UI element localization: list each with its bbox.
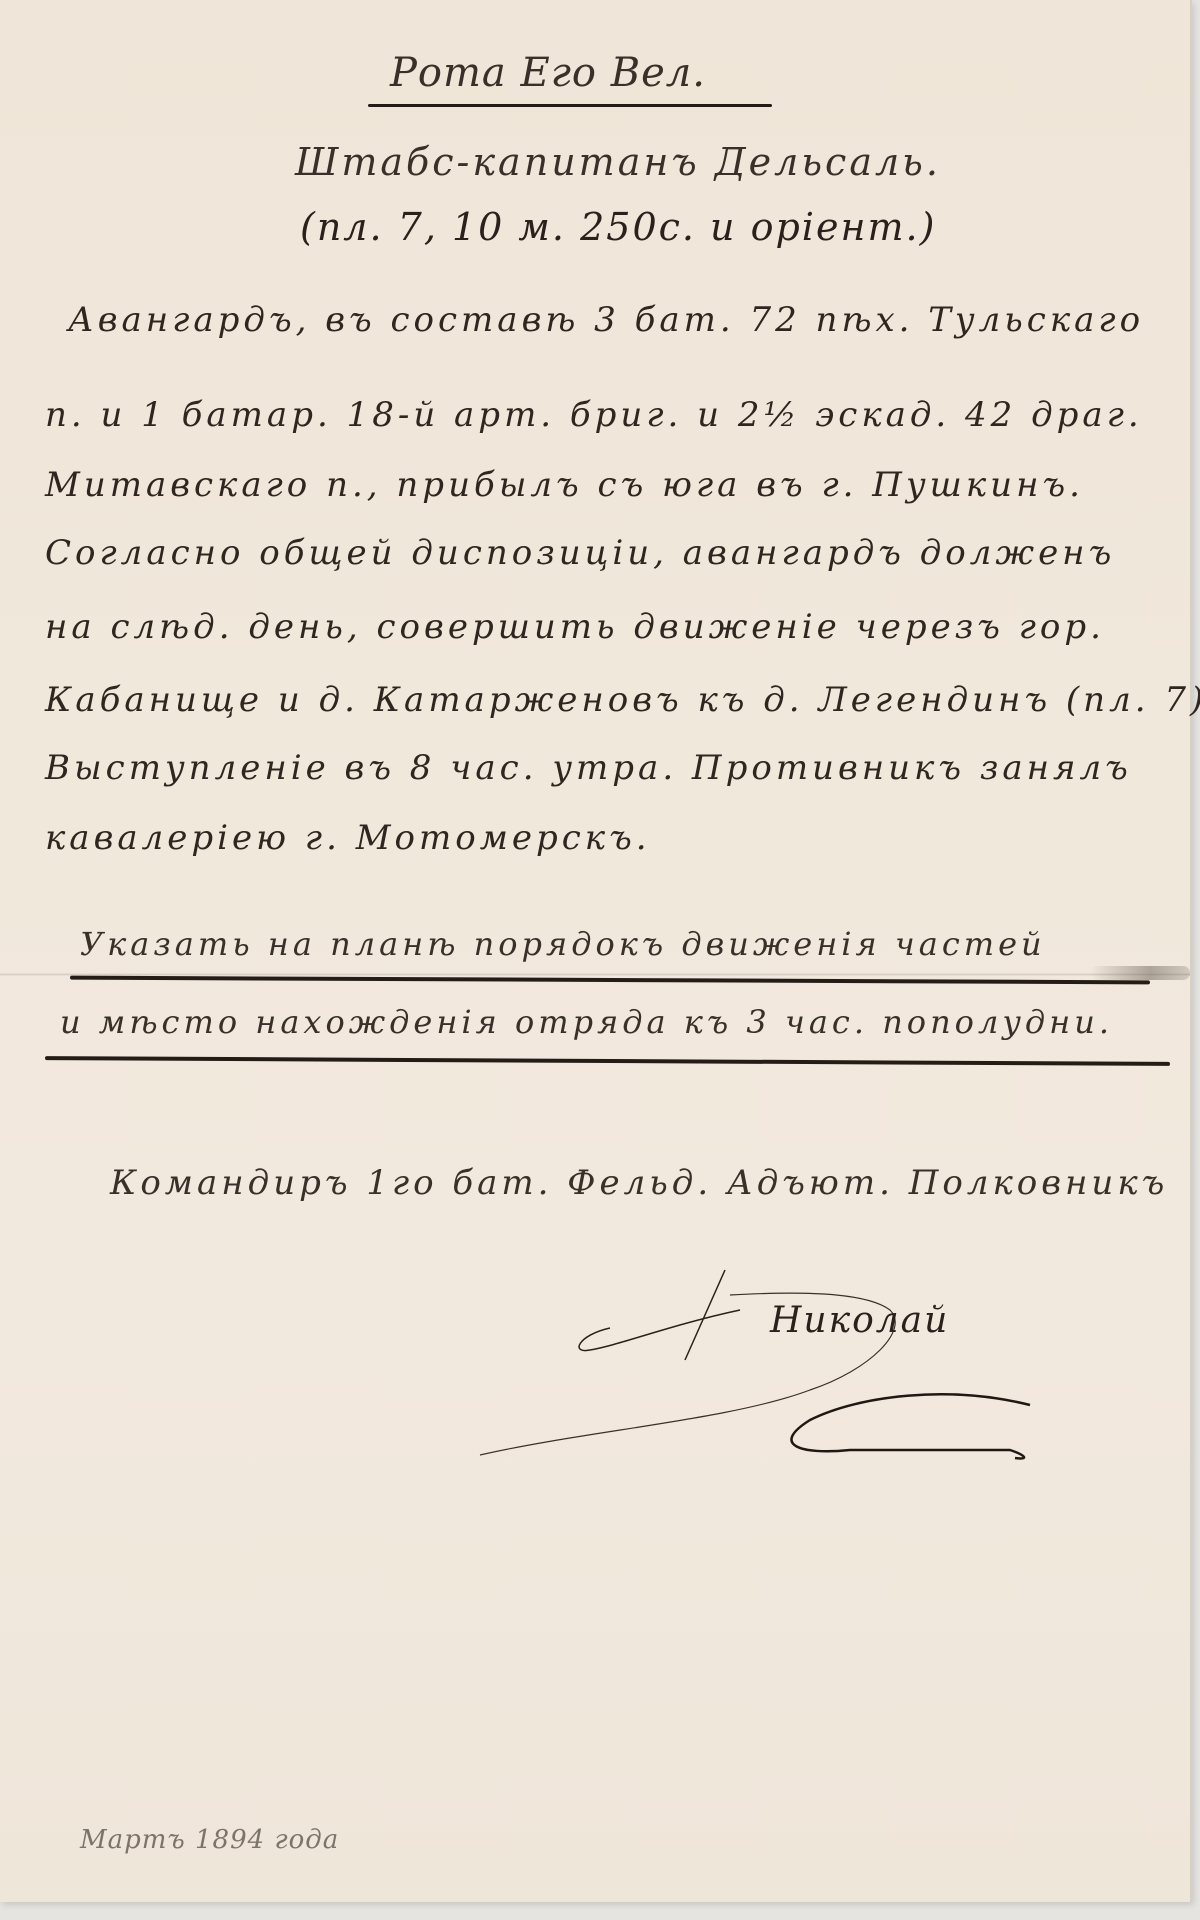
pencil-date-note: Мартъ 1894 года xyxy=(80,1825,339,1855)
body-line: п. и 1 батар. 18-й арт. бриг. и 2½ эскад… xyxy=(45,395,1143,435)
header-underline xyxy=(368,104,772,107)
document-page: Рота Его Вел. Штабс-капитанъ Дельсаль. (… xyxy=(0,0,1192,1902)
body-line: Кабанище и д. Катарженовъ къ д. Легендин… xyxy=(45,680,1200,720)
ink-smudge xyxy=(1090,966,1190,980)
commander-title: Командиръ 1го бат. Фельд. Адъют. Полковн… xyxy=(110,1163,1168,1203)
body-line: Митавскаго п., прибылъ съ юга въ г. Пушк… xyxy=(45,465,1084,505)
body-line: Авангардъ, въ составѣ 3 бат. 72 пѣх. Тул… xyxy=(68,300,1144,340)
instruction-underline xyxy=(70,976,1150,985)
signature-flourish-icon xyxy=(470,1250,1090,1480)
instruction-line: и мѣсто нахожденія отряда къ 3 час. попо… xyxy=(60,1003,1113,1041)
signature: Николай xyxy=(770,1300,949,1341)
body-line: на слѣд. день, совершить движеніе черезъ… xyxy=(45,607,1105,647)
instruction-underline xyxy=(45,1056,1170,1066)
map-reference: (пл. 7, 10 м. 250с. и оріент.) xyxy=(300,205,936,249)
body-line: кавалеріею г. Мотомерскъ. xyxy=(45,818,651,858)
body-line: Согласно общей диспозиціи, авангардъ дол… xyxy=(45,533,1115,573)
body-line: Выступленіе въ 8 час. утра. Противникъ з… xyxy=(45,748,1132,788)
instruction-line: Указать на планѣ порядокъ движенія часте… xyxy=(80,925,1046,963)
document-header-title: Рота Его Вел. xyxy=(390,50,706,96)
document-subtitle: Штабс-капитанъ Дельсаль. xyxy=(295,140,941,184)
